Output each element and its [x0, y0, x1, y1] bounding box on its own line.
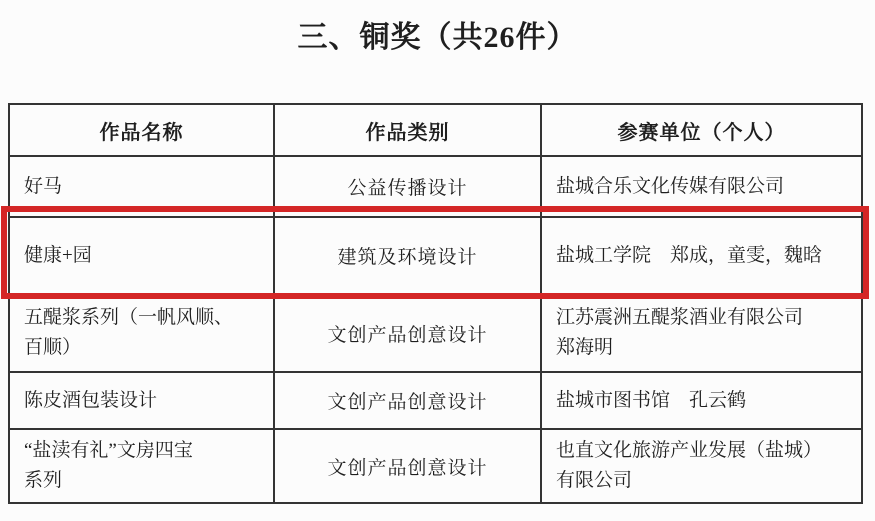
header-work-name: 作品名称 [9, 104, 274, 156]
table-row: “盐渎有礼”文房四宝 系列 文创产品创意设计 也直文化旅游产业发展（盐城） 有限… [9, 429, 862, 503]
cell-work-name: 健康+园 [9, 217, 274, 294]
cell-unit: 盐城市图书馆 孔云鹤 [541, 372, 862, 429]
table-row: 陈皮酒包装设计 文创产品创意设计 盐城市图书馆 孔云鹤 [9, 372, 862, 429]
table-row: 好马 公益传播设计 盐城合乐文化传媒有限公司 [9, 156, 862, 217]
header-category: 作品类别 [274, 104, 541, 156]
cell-unit: 也直文化旅游产业发展（盐城） 有限公司 [541, 429, 862, 503]
cell-unit: 江苏震洲五醍浆酒业有限公司 郑海明 [541, 294, 862, 372]
cell-category: 文创产品创意设计 [274, 294, 541, 372]
document-page: 三、铜奖（共26件） 作品名称 作品类别 参赛单位（个人） 好马 公益传播设计 … [0, 0, 875, 521]
cell-category: 文创产品创意设计 [274, 429, 541, 503]
awards-table: 作品名称 作品类别 参赛单位（个人） 好马 公益传播设计 盐城合乐文化传媒有限公… [8, 103, 863, 504]
cell-unit: 盐城合乐文化传媒有限公司 [541, 156, 862, 217]
cell-category: 公益传播设计 [274, 156, 541, 217]
cell-work-name: “盐渎有礼”文房四宝 系列 [9, 429, 274, 503]
cell-category: 文创产品创意设计 [274, 372, 541, 429]
cell-work-name: 陈皮酒包装设计 [9, 372, 274, 429]
cell-unit: 盐城工学院 郑成，童雯，魏晗 [541, 217, 862, 294]
page-title: 三、铜奖（共26件） [0, 12, 875, 56]
cell-work-name: 好马 [9, 156, 274, 217]
header-unit: 参赛单位（个人） [541, 104, 862, 156]
cell-category: 建筑及环境设计 [274, 217, 541, 294]
table-header-row: 作品名称 作品类别 参赛单位（个人） [9, 104, 862, 156]
cell-work-name: 五醍浆系列（一帆风顺、 百顺） [9, 294, 274, 372]
table-row-highlighted: 健康+园 建筑及环境设计 盐城工学院 郑成，童雯，魏晗 [9, 217, 862, 294]
table-row: 五醍浆系列（一帆风顺、 百顺） 文创产品创意设计 江苏震洲五醍浆酒业有限公司 郑… [9, 294, 862, 372]
